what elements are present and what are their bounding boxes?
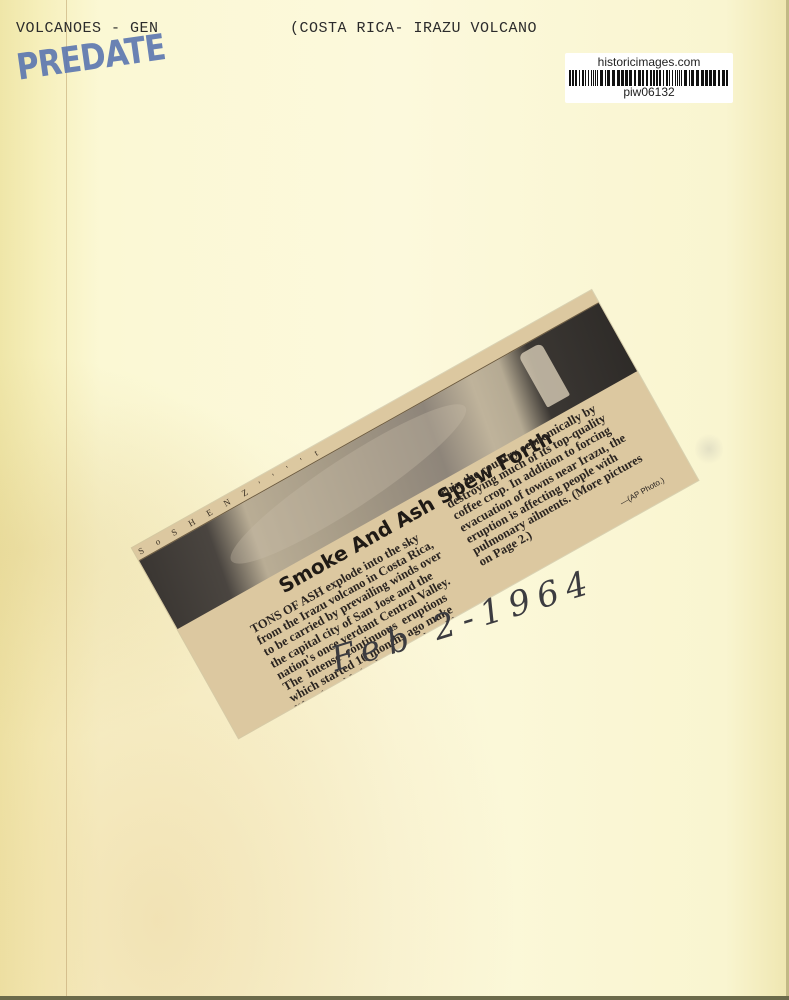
barcode-site: historicimages.com <box>598 56 701 69</box>
barcode-icon <box>569 70 730 86</box>
fold-line <box>66 0 67 1000</box>
barcode-label: historicimages.com piw06132 <box>565 53 733 103</box>
subject-label: (COSTA RICA- IRAZU VOLCANO <box>290 20 537 37</box>
paper-edge-bottom <box>0 996 789 1000</box>
photo-figure <box>518 343 570 408</box>
barcode-code: piw06132 <box>623 86 674 99</box>
ink-smudge <box>695 432 723 466</box>
